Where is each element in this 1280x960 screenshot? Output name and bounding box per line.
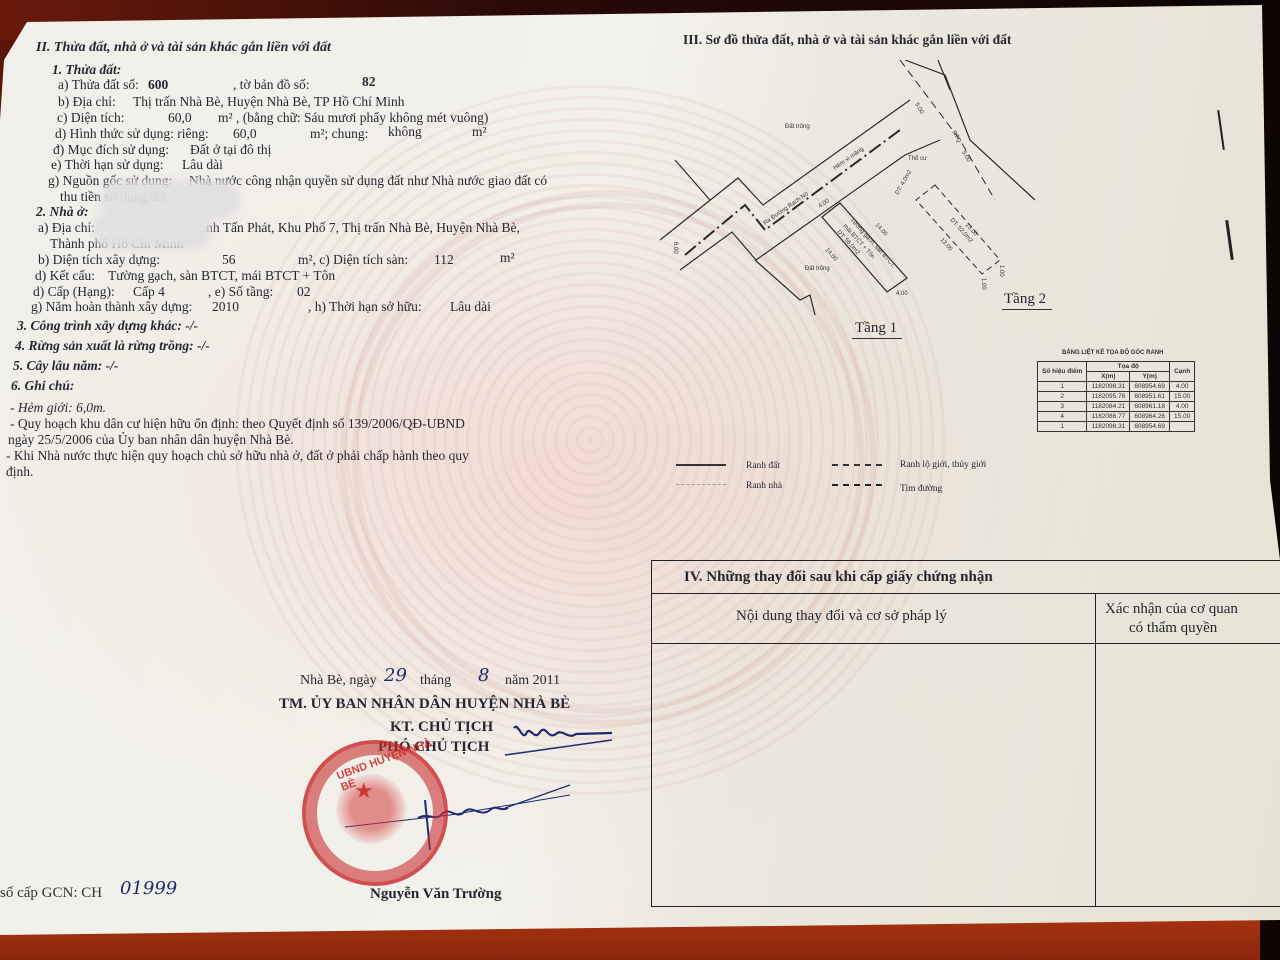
note-line: - Khi Nhà nước thực hiện quy hoạch chủ s… (6, 448, 469, 464)
changes-table-header: IV. Những thay đổi sau khi cấp giấy chứn… (652, 561, 1280, 594)
house-address-label: a) Địa chỉ: (38, 220, 95, 236)
note-line: ngày 25/5/2006 của Ủy ban nhân dân huyện… (8, 432, 294, 448)
label-dim: 14.00 (824, 247, 839, 263)
margin-mark (1225, 220, 1234, 260)
signer-name: Nguyễn Văn Trường (370, 886, 502, 902)
term-label: e) Thời hạn sử dụng: (51, 157, 163, 173)
certificate-number-label: số cấp GCN: CH (0, 885, 102, 901)
table-row: 11182098.31608954.69 (1038, 422, 1195, 432)
certificate-page: II. Thửa đất, nhà ở và tài sản khác gắn … (0, 0, 1280, 960)
label-empty-land-top: Đất trống (785, 124, 810, 130)
floor-area-value: 112 (434, 252, 454, 268)
coord-table: Số hiệu điểm Tọa độ Cạnh X(m) Y(m) 11182… (1037, 361, 1195, 432)
label-road: Ra Đường Rạch Nò (763, 191, 811, 227)
land-address-label: b) Địa chỉ: (58, 94, 116, 110)
usage-common-label: m²; chung: (310, 126, 368, 142)
ownership-term-value: Lâu dài (450, 299, 491, 315)
floors-label: , e) Số tầng: (208, 284, 273, 300)
label-dim: 14.00 (874, 222, 889, 238)
note-line: - Quy hoạch khu dân cư hiện hữu ổn định:… (10, 416, 465, 432)
land-address: Thị trấn Nhà Bè, Huyện Nhà Bè, TP Hồ Chí… (133, 94, 404, 110)
column-confirmation-line1: Xác nhận của cơ quan (1105, 601, 1238, 617)
map-sheet-number: 82 (362, 74, 376, 90)
house-heading: 2. Nhà ở: (36, 204, 89, 220)
place-date-prefix: Nhà Bè, ngày (300, 673, 377, 689)
label-dim: 6.00 (672, 242, 678, 254)
floor1-underline (852, 338, 902, 339)
year-value: 2010 (212, 299, 239, 315)
section3-title: III. Sơ đồ thửa đất, nhà ở và tài sản kh… (683, 32, 1011, 48)
legend-label: Tim đường (900, 481, 942, 497)
perennial-trees: 5. Cây lâu năm: -/- (13, 358, 118, 374)
legend-solid-line (676, 464, 726, 466)
usage-common-value: không (388, 124, 422, 140)
official-red-stamp: ★ UBND HUYỆN NHÀ BÈ (302, 740, 448, 886)
table-row: 31182084.21608961.184.00 (1038, 402, 1195, 412)
usage-form-label: d) Hình thức sử dụng: riêng: (55, 126, 209, 142)
coord-header-coords: Tọa độ (1087, 362, 1170, 372)
map-sheet-label: , tờ bản đồ số: (233, 77, 310, 93)
table-row: 41182086.77608964.2615.00 (1038, 412, 1195, 422)
label-tho-cu: Thổ cư (908, 155, 927, 162)
built-area-value: 56 (222, 252, 236, 268)
section2-title: II. Thửa đất, nhà ở và tài sản khác gắn … (36, 40, 331, 56)
floors-value: 02 (297, 284, 311, 300)
built-area-label: b) Diện tích xây dựng: (38, 252, 160, 268)
grade-value: Cấp 4 (133, 284, 165, 300)
floor-area-label: m², c) Diện tích sàn: (298, 252, 408, 268)
legend-light-dashed-line (676, 484, 726, 485)
forest: 4. Rừng sản xuất là rừng trồng: -/- (15, 338, 210, 354)
certificate-number: 01999 (120, 881, 177, 897)
year-label: g) Năm hoàn thành xây dựng: (31, 299, 192, 315)
table-row: 11182098.31608954.694.00 (1038, 382, 1195, 392)
legend-label: Ranh lộ giới, thủy giới (900, 457, 986, 473)
term-value: Lâu dài (182, 157, 223, 173)
note-line: định. (6, 464, 33, 480)
margin-mark (1217, 110, 1225, 150)
floor2-underline (1002, 309, 1052, 310)
floor1-label: Tầng 1 (855, 320, 897, 336)
structure-value: Tường gạch, sàn BTCT, mái BTCT + Tôn (108, 268, 335, 284)
date-day: 29 (384, 668, 407, 684)
house-address: ...nh Tấn Phát, Khu Phố 7, Thị trấn Nhà … (196, 220, 520, 236)
legend-label: Ranh nhà (746, 478, 782, 494)
column-change-content: Nội dung thay đổi và cơ sở pháp lý (736, 608, 947, 624)
note-line: - Hẻm giới: 6,0m. (10, 400, 106, 416)
origin-value: Nhà nước công nhận quyền sử dụng đất như… (189, 173, 547, 189)
changes-table: IV. Những thay đổi sau khi cấp giấy chứn… (651, 560, 1280, 907)
label-dim: 5.00 (913, 102, 924, 116)
coord-header-y: Y(m) (1130, 372, 1170, 382)
notes-heading: 6. Ghi chú: (11, 378, 74, 394)
ownership-term-label: , h) Thời hạn sở hữu: (308, 299, 422, 315)
redaction-blur (92, 210, 212, 250)
purpose-value: Đất ở tại đô thị (190, 142, 271, 158)
legend-dashed-line (832, 464, 882, 466)
area-in-words: , (bằng chữ: Sáu mươi phẩy không mét vuô… (236, 110, 488, 126)
floor2-label: Tầng 2 (1004, 291, 1046, 307)
structure-label: d) Kết cấu: (35, 268, 95, 284)
column-divider (1095, 593, 1096, 906)
coord-header-point: Số hiệu điểm (1038, 362, 1087, 382)
label-dim: 1.00 (980, 278, 986, 290)
label-dim: 4.00 (896, 291, 908, 297)
label-floor2-small-area: DT: 4,0m2 (895, 169, 914, 196)
changes-table-columns: Nội dung thay đổi và cơ sở pháp lý Xác n… (652, 593, 1280, 644)
label-dim: 13.00 (939, 237, 954, 253)
coord-header-x: X(m) (1087, 372, 1130, 382)
other-works: 3. Công trình xây dựng khác: -/- (17, 318, 198, 334)
parcel-number: 600 (148, 77, 168, 93)
label-dim: 5.00 (960, 150, 971, 164)
legend-label: Ranh đất (746, 458, 780, 474)
label-rtq: RTQ (950, 130, 962, 144)
year-label: năm 2011 (505, 673, 560, 689)
table-row: 21182095.76608951.6115.00 (1038, 392, 1195, 402)
label-empty-land-bottom: Đất trống (805, 266, 830, 272)
month-label: tháng (420, 673, 451, 689)
area-unit: m² (218, 110, 233, 126)
purpose-label: đ) Mục đích sử dụng: (53, 142, 169, 158)
usage-common-unit: m² (472, 124, 487, 140)
date-month: 8 (478, 668, 489, 684)
label-floor1-desc1: Tường gạch, sàn BTCT, (849, 217, 897, 269)
area-value: 60,0 (168, 110, 192, 126)
floor-area-unit: m² (500, 250, 515, 266)
parcel-label: a) Thửa đất số: (58, 77, 139, 93)
land-heading: 1. Thửa đất: (52, 62, 121, 78)
grade-label: d) Cấp (Hạng): (33, 284, 115, 300)
legend-dash-dot-line (832, 484, 882, 486)
section4-title: IV. Những thay đổi sau khi cấp giấy chứn… (684, 569, 993, 585)
coord-table-title: BẢNG LIỆT KÊ TỌA ĐỘ GÓC RANH (1062, 350, 1163, 356)
label-dim: 1.00 (998, 265, 1004, 277)
usage-private-value: 60,0 (233, 126, 257, 142)
area-label: c) Diện tích: (57, 110, 124, 126)
column-confirmation-line2: có thẩm quyền (1129, 620, 1217, 636)
coord-header-edge: Cạnh (1170, 362, 1195, 382)
